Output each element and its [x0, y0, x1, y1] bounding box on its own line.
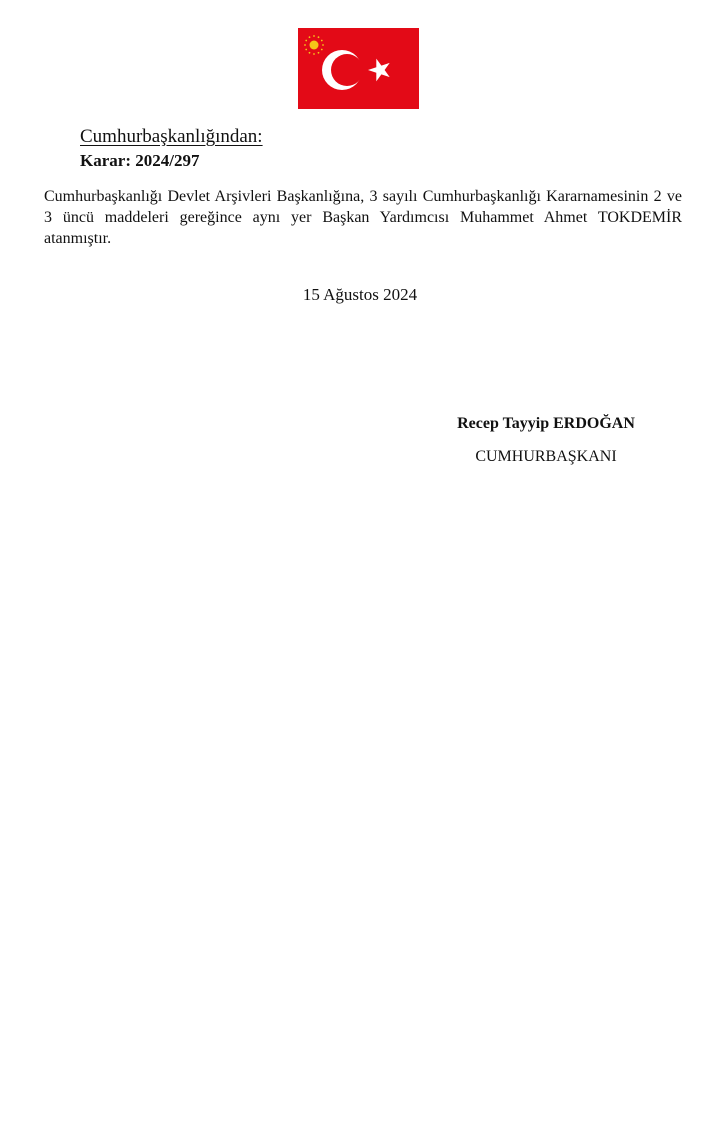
signer-title: CUMHURBAŞKANI: [420, 448, 672, 466]
decision-date: 15 Ağustos 2024: [0, 285, 720, 305]
decision-body: Cumhurbaşkanlığı Devlet Arşivleri Başkan…: [44, 186, 682, 249]
signer-name: Recep Tayyip ERDOĞAN: [420, 415, 672, 433]
turkish-flag-icon: [298, 28, 419, 109]
decision-number: Karar: 2024/297: [80, 151, 199, 171]
issuer-heading: Cumhurbaşkanlığından:: [80, 126, 263, 148]
